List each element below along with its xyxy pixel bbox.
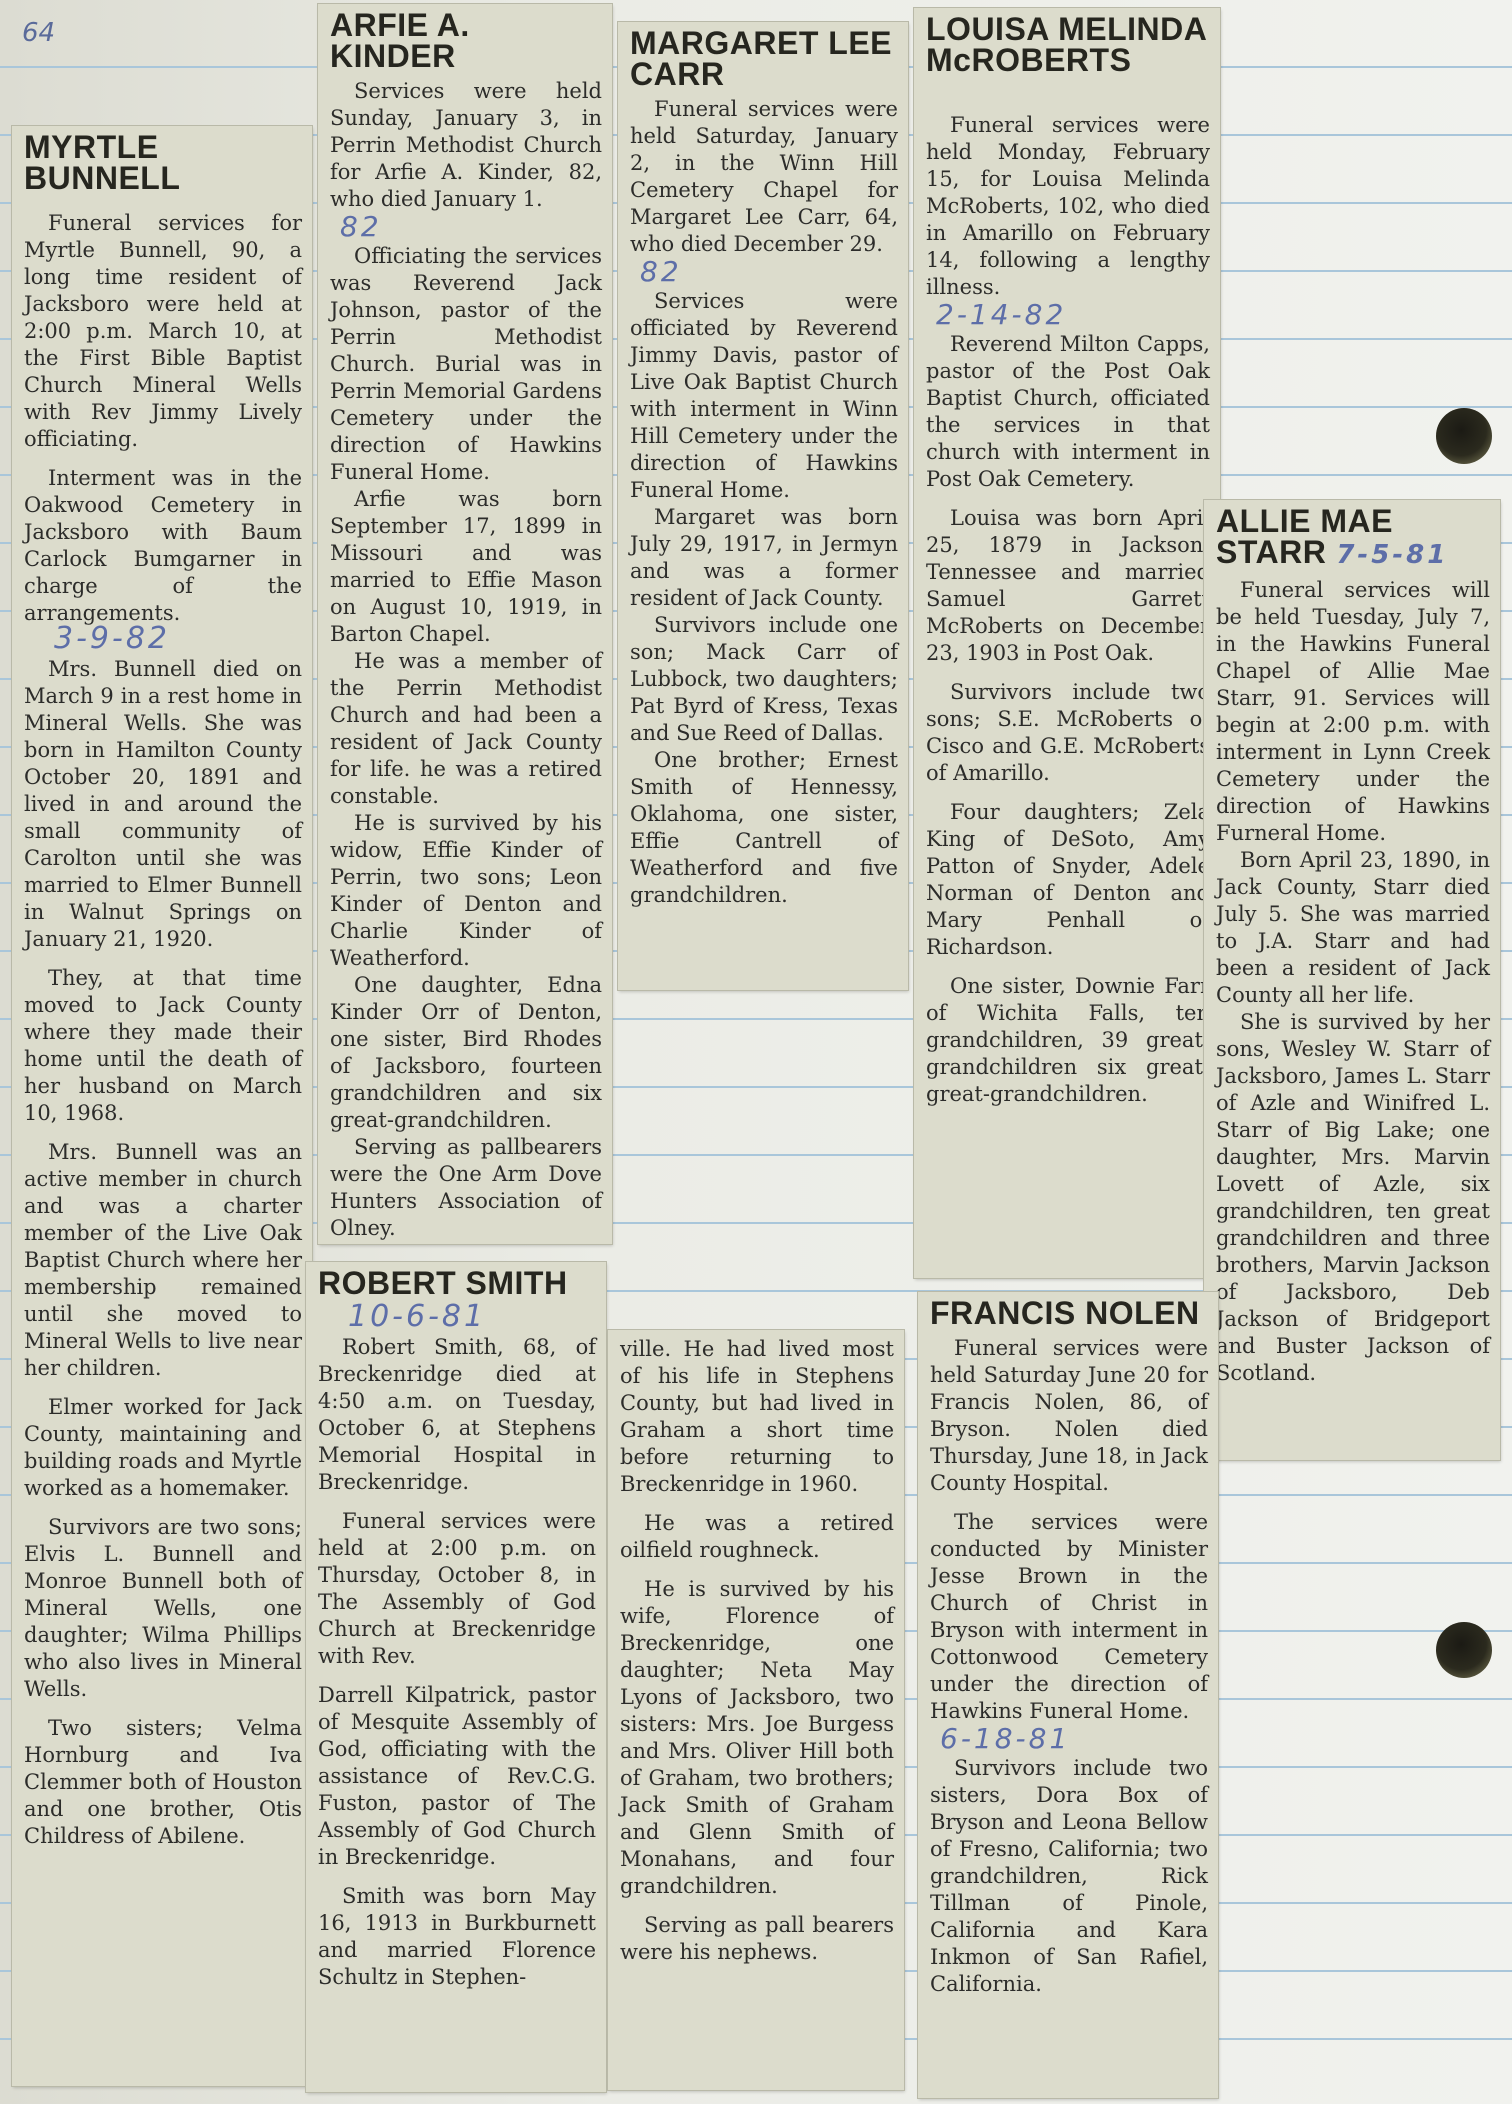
obituary-paragraph: She is survived by her sons, Wesley W. S… [1216,1009,1490,1387]
obituary-paragraph: Survivors include one son; Mack Carr of … [630,612,898,747]
handwritten-date: 2-14-82 [936,301,1066,328]
handwritten-date: 6-18-81 [940,1725,1070,1752]
obituary-paragraph: Four daughters; Zela King of DeSoto, Amy… [926,799,1210,961]
obituary-francis-nolen: FRANCIS NOLEN Funeral services were held… [918,1292,1218,2098]
obituary-paragraph: He is survived by his wife, Florence of … [620,1576,894,1900]
obituary-paragraph: Mrs. Bunnell died on March 9 in a rest h… [24,656,302,953]
obituary-paragraph: Arfie was born September 17, 1899 in Mis… [330,486,602,648]
obituary-paragraph: Reverend Milton Capps, pastor of the Pos… [926,331,1210,493]
obituary-paragraph: Born April 23, 1890, in Jack County, Sta… [1216,847,1490,1009]
obituary-paragraph: Serving as pall bearers were his nephews… [620,1912,894,1966]
handwritten-date: 7-5-81 [1336,540,1448,571]
obituary-paragraph: Services were officiated by Reverend Jim… [630,288,898,504]
binder-hole-bottom [1436,1622,1492,1678]
obituary-paragraph: They, at that time moved to Jack County … [24,965,302,1127]
obituary-heading: ROBERT SMITH [318,1268,596,1299]
obituary-myrtle-bunnell: MYRTLE BUNNELL Funeral services for Myrt… [12,126,312,2086]
obituary-paragraph: Serving as pallbearers were the One Arm … [330,1134,602,1242]
obituary-paragraph: Darrell Kilpatrick, pastor of Mesquite A… [318,1682,596,1871]
obituary-heading: LOUISA MELINDA McROBERTS [926,14,1210,76]
obituary-paragraph: Survivors include two sons; S.E. McRober… [926,679,1210,787]
obituary-paragraph: Margaret was born July 29, 1917, in Jerm… [630,504,898,612]
obituary-margaret-carr: MARGARET LEE CARR Funeral services were … [618,22,908,990]
obituary-paragraph: He was a member of the Perrin Methodist … [330,648,602,810]
obituary-paragraph: Funeral services were held at 2:00 p.m. … [318,1508,596,1670]
obituary-paragraph: Funeral services will be held Tuesday, J… [1216,577,1490,847]
scrapbook-page: 64 MYRTLE BUNNELL Funeral services for M… [0,0,1512,2104]
obituary-paragraph: Funeral services for Myrtle Bunnell, 90,… [24,210,302,453]
obituary-heading: FRANCIS NOLEN [930,1298,1208,1329]
obituary-paragraph: One brother; Ernest Smith of Hennessy, O… [630,747,898,909]
obituary-heading: ALLIE MAE STARR7-5-81 [1216,506,1490,571]
obituary-robert-smith-col2: ville. He had lived most of his life in … [608,1330,904,2090]
obituary-paragraph: The services were conducted by Minister … [930,1509,1208,1725]
page-number: 64 [22,18,55,48]
handwritten-date: 82 [640,258,682,285]
obituary-arfie-kinder: ARFIE A. KINDER Services were held Sunda… [318,4,612,1244]
obituary-paragraph: One sister, Downie Farr of Wichita Falls… [926,973,1210,1108]
obituary-paragraph: Smith was born May 16, 1913 in Burkburne… [318,1883,596,1991]
handwritten-date: 10-6-81 [348,1303,596,1330]
obituary-paragraph: Survivors are two sons; Elvis L. Bunnell… [24,1514,302,1703]
obituary-robert-smith-col1: ROBERT SMITH 10-6-81 Robert Smith, 68, o… [306,1262,606,2092]
obituary-paragraph: Elmer worked for Jack County, maintainin… [24,1394,302,1502]
handwritten-date: 3-9-82 [54,625,302,652]
obituary-allie-starr: ALLIE MAE STARR7-5-81 Funeral services w… [1204,500,1500,1460]
obituary-paragraph: Services were held Sunday, January 3, in… [330,78,602,213]
obituary-paragraph: One daughter, Edna Kinder Orr of Denton,… [330,972,602,1134]
obituary-paragraph: Interment was in the Oakwood Cemetery in… [24,465,302,627]
obituary-louisa-mcroberts: LOUISA MELINDA McROBERTS Funeral service… [914,8,1220,1278]
obituary-paragraph: He is survived by his widow, Effie Kinde… [330,810,602,972]
handwritten-date: 82 [340,213,382,240]
obituary-heading: MARGARET LEE CARR [630,28,898,90]
obituary-paragraph: He was a retired oilfield roughneck. [620,1510,894,1564]
obituary-paragraph: Mrs. Bunnell was an active member in chu… [24,1139,302,1382]
obituary-paragraph: Survivors include two sisters, Dora Box … [930,1755,1208,1998]
obituary-heading: MYRTLE BUNNELL [24,132,302,194]
obituary-paragraph: Officiating the services was Reverend Ja… [330,243,602,486]
obituary-paragraph: ville. He had lived most of his life in … [620,1336,894,1498]
obituary-paragraph: Robert Smith, 68, of Breckenridge died a… [318,1334,596,1496]
obituary-heading: ARFIE A. KINDER [330,10,602,72]
obituary-paragraph: Funeral services were held Monday, Febru… [926,112,1210,301]
obituary-paragraph: Louisa was born April 25, 1879 in Jackso… [926,505,1210,667]
obituary-paragraph: Two sisters; Velma Hornburg and Iva Clem… [24,1715,302,1850]
obituary-paragraph: Funeral services were held Saturday, Jan… [630,96,898,258]
binder-hole-top [1436,408,1492,464]
obituary-paragraph: Funeral services were held Saturday June… [930,1335,1208,1497]
